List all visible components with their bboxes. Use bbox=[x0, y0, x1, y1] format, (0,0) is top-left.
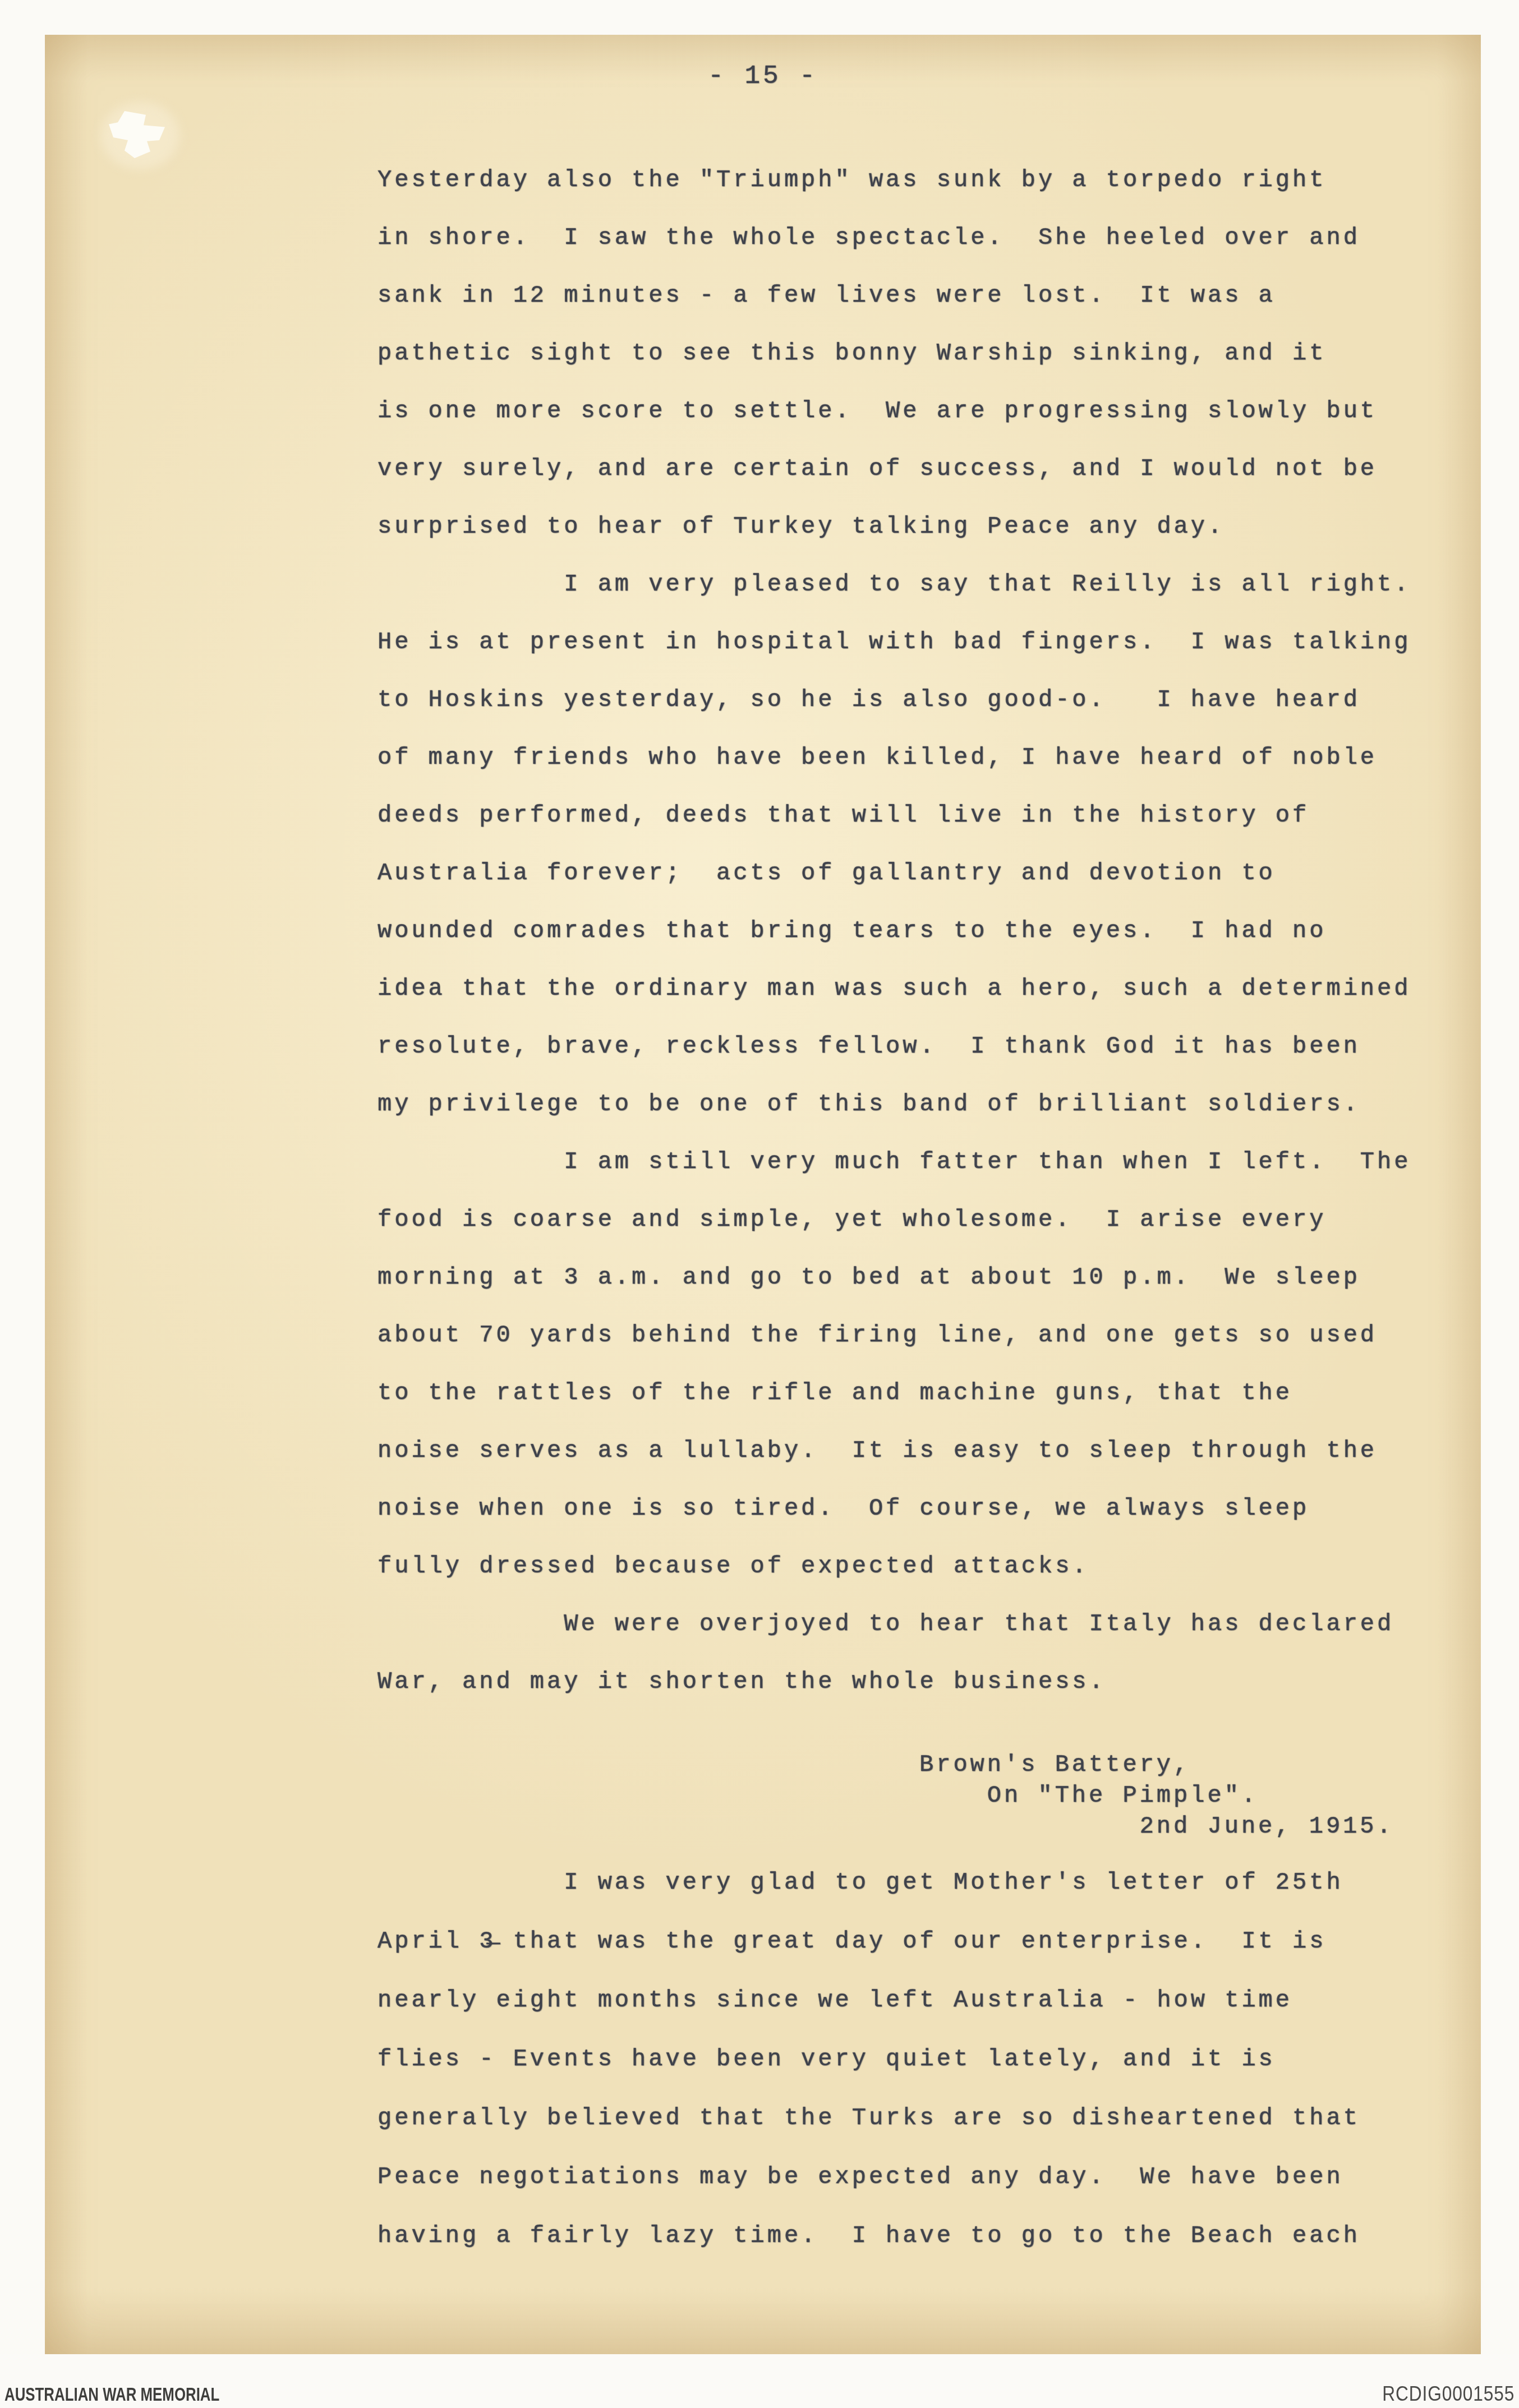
address-line: Brown's Battery, bbox=[919, 1750, 1394, 1780]
typed-line: Yesterday also the "Triumph" was sunk by… bbox=[378, 151, 1411, 209]
address-line: On "The Pimple". bbox=[919, 1780, 1394, 1811]
typed-line: We were overjoyed to hear that Italy has… bbox=[378, 1595, 1411, 1653]
item-id: RCDIG0001555 bbox=[1382, 2382, 1515, 2406]
typed-line: April 3̶ that was the great day of our e… bbox=[378, 1912, 1360, 1971]
page-number: - 15 - bbox=[45, 62, 1481, 91]
address-line: 2nd June, 1915. bbox=[919, 1811, 1394, 1842]
typed-line: wounded comrades that bring tears to the… bbox=[378, 902, 1411, 960]
typed-line: of many friends who have been killed, I … bbox=[378, 729, 1411, 787]
archive-watermark: AUSTRALIAN WAR MEMORIAL bbox=[4, 2384, 219, 2406]
typed-line: is one more score to settle. We are prog… bbox=[378, 382, 1411, 440]
footer-bar: AUSTRALIAN WAR MEMORIAL RCDIG0001555 bbox=[0, 2354, 1519, 2408]
typed-line: I am still very much fatter than when I … bbox=[378, 1133, 1411, 1191]
typed-line: flies - Events have been very quiet late… bbox=[378, 2030, 1360, 2089]
closing-paragraph: I was very glad to get Mother's letter o… bbox=[378, 1853, 1360, 2266]
scan-background: { "letter": { "page_number": "- 15 -", "… bbox=[0, 0, 1519, 2408]
typed-line: noise serves as a lullaby. It is easy to… bbox=[378, 1422, 1411, 1480]
typed-line: idea that the ordinary man was such a he… bbox=[378, 960, 1411, 1018]
typed-line: morning at 3 a.m. and go to bed at about… bbox=[378, 1249, 1411, 1307]
typed-line: in shore. I saw the whole spectacle. She… bbox=[378, 209, 1411, 267]
typed-line: I was very glad to get Mother's letter o… bbox=[378, 1853, 1360, 1912]
typed-line: deeds performed, deeds that will live in… bbox=[378, 787, 1411, 845]
letter-body: Yesterday also the "Triumph" was sunk by… bbox=[378, 151, 1411, 1711]
typed-line: food is coarse and simple, yet wholesome… bbox=[378, 1191, 1411, 1249]
typed-line: He is at present in hospital with bad fi… bbox=[378, 613, 1411, 671]
typed-line: Australia forever; acts of gallantry and… bbox=[378, 845, 1411, 902]
typed-line: I am very pleased to say that Reilly is … bbox=[378, 556, 1411, 613]
typed-line: to the rattles of the rifle and machine … bbox=[378, 1364, 1411, 1422]
typed-line: sank in 12 minutes - a few lives were lo… bbox=[378, 267, 1411, 325]
typed-line: resolute, brave, reckless fellow. I than… bbox=[378, 1018, 1411, 1076]
typed-line: about 70 yards behind the firing line, a… bbox=[378, 1307, 1411, 1364]
typed-line: Peace negotiations may be expected any d… bbox=[378, 2148, 1360, 2207]
typed-line: fully dressed because of expected attack… bbox=[378, 1538, 1411, 1595]
typed-line: pathetic sight to see this bonny Warship… bbox=[378, 325, 1411, 382]
typed-line: surprised to hear of Turkey talking Peac… bbox=[378, 498, 1411, 556]
address-block: Brown's Battery, On "The Pimple". 2nd Ju… bbox=[919, 1750, 1394, 1842]
typed-line: to Hoskins yesterday, so he is also good… bbox=[378, 671, 1411, 729]
typed-line: noise when one is so tired. Of course, w… bbox=[378, 1480, 1411, 1538]
paper-sheet: - 15 - Yesterday also the "Triumph" was … bbox=[45, 35, 1481, 2356]
typed-line: very surely, and are certain of success,… bbox=[378, 440, 1411, 498]
typed-line: my privilege to be one of this band of b… bbox=[378, 1076, 1411, 1133]
typed-line: generally believed that the Turks are so… bbox=[378, 2089, 1360, 2148]
typed-line: War, and may it shorten the whole busine… bbox=[378, 1653, 1411, 1711]
typed-line: having a fairly lazy time. I have to go … bbox=[378, 2207, 1360, 2266]
typed-line: nearly eight months since we left Austra… bbox=[378, 1971, 1360, 2030]
